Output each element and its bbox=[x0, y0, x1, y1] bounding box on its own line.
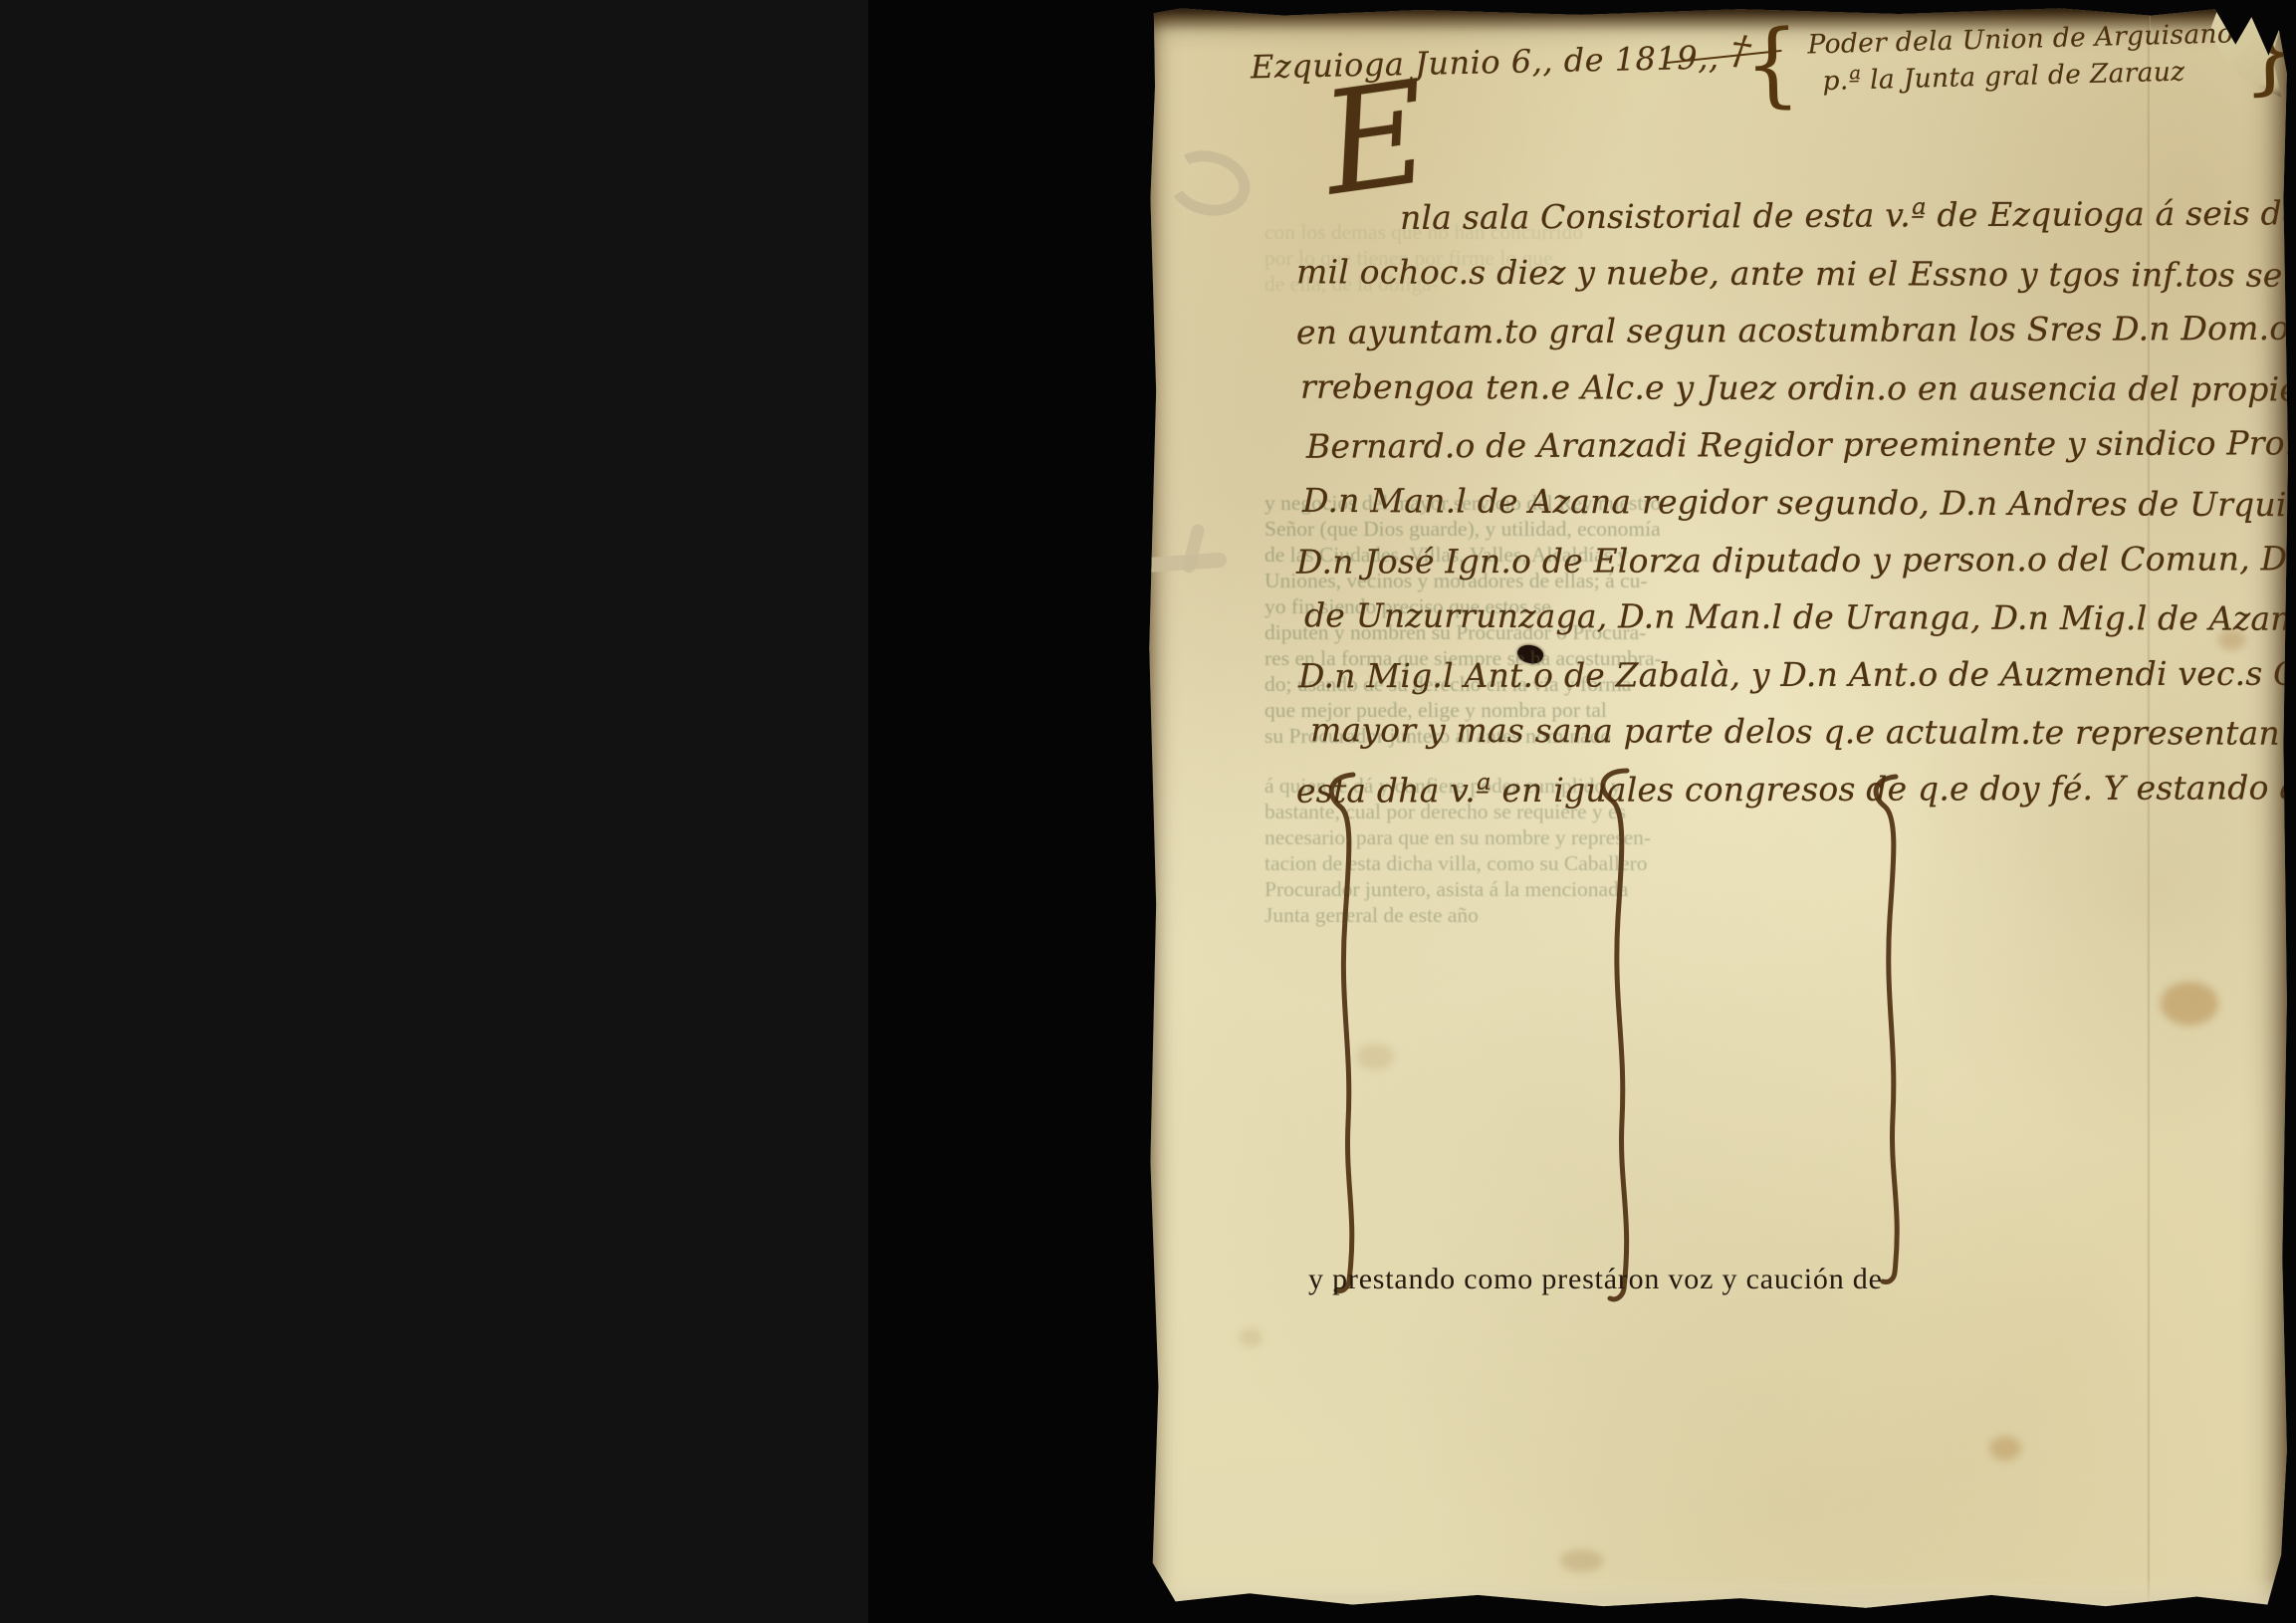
annotation-brace-left: { bbox=[1743, 22, 1801, 107]
manuscript-line: mil ochoc.s diez y nuebe, ante mi el Ess… bbox=[1296, 243, 2282, 304]
ink-stroke bbox=[1876, 777, 1897, 1282]
manuscript-line: mayor y mas sana parte delos q.e actualm… bbox=[1296, 702, 2282, 763]
stain bbox=[1560, 1549, 1604, 1572]
stain bbox=[2161, 982, 2218, 1026]
edge-tear-mark bbox=[1125, 552, 1228, 574]
filing-annotation: { Poder dela Union de Arguisano p.ª la J… bbox=[1743, 11, 2288, 105]
manuscript-line: en ayuntam.to gral segun acostumbran los… bbox=[1296, 300, 2282, 361]
manuscript-body: nla sala Consistorial de esta v.ª de Ezq… bbox=[1296, 187, 2282, 818]
stain bbox=[1989, 1436, 2021, 1461]
deckle-bottom-edge bbox=[1147, 1577, 2288, 1611]
manuscript-line: Bernard.o de Aranzadi Regidor preeminent… bbox=[1296, 415, 2282, 476]
paper-clip-mark bbox=[1161, 142, 1258, 224]
bleed-line: necesario, para que en su nombre y repre… bbox=[1264, 824, 1862, 850]
annotation-brace-right: } bbox=[2240, 9, 2296, 94]
bleed-line: Junta general de este año bbox=[1264, 902, 1862, 928]
manuscript-line: D.n Man.l de Azana regidor segundo, D.n … bbox=[1296, 472, 2282, 534]
ink-stroke bbox=[1331, 775, 1353, 1291]
bleed-line: tacion de esta dicha villa, como su Caba… bbox=[1264, 850, 1862, 876]
manuscript-line: nla sala Consistorial de esta v.ª de Ezq… bbox=[1296, 184, 2282, 247]
manuscript-line: D.n Mig.l Ant.o de Zabalà, y D.n Ant.o d… bbox=[1296, 644, 2282, 704]
printed-caption: y prestando como prestáron voz y caución… bbox=[1308, 1263, 1883, 1296]
ink-stroke bbox=[1603, 771, 1627, 1299]
document-page: Ezquioga Junio 6,, de 1819,, † { Poder d… bbox=[1147, 6, 2288, 1611]
scanner-backing bbox=[0, 0, 868, 1623]
stain bbox=[1356, 1043, 1394, 1070]
manuscript-line: esta dha v.ª en iguales congresos de q.e… bbox=[1296, 759, 2282, 819]
stain bbox=[1239, 1328, 1263, 1347]
manuscript-line: rrebengoa ten.e Alc.e y Juez ordin.o en … bbox=[1296, 357, 2282, 417]
annotation-text: Poder dela Union de Arguisano p.ª la Jun… bbox=[1799, 15, 2242, 101]
dateline: Ezquioga Junio 6,, de 1819,, bbox=[1251, 40, 1670, 87]
manuscript-line: de Unzurrunzaga, D.n Man.l de Uranga, D.… bbox=[1296, 586, 2282, 647]
bleed-line: Procurador juntero, asista á la menciona… bbox=[1264, 876, 1862, 902]
manuscript-line: D.n José Ign.o de Elorza diputado y pers… bbox=[1296, 530, 2282, 590]
